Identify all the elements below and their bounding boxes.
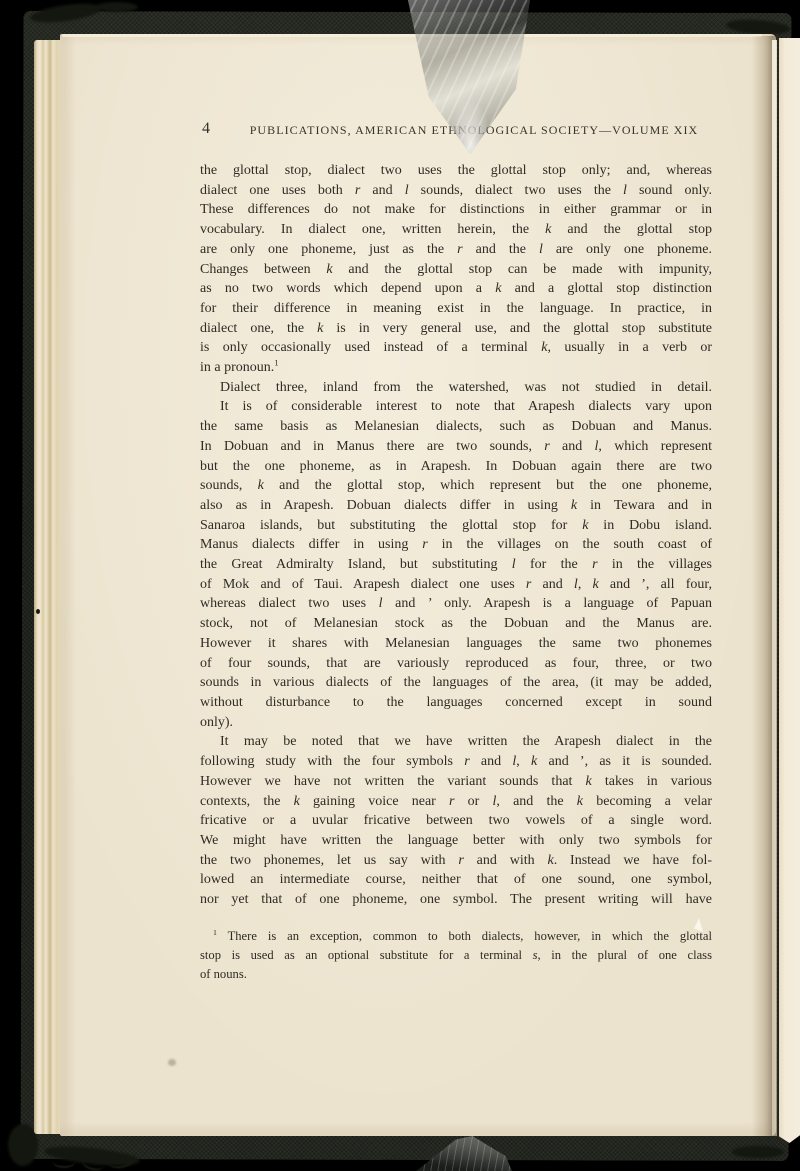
text-line: fricative or a uvular fricative between … — [200, 811, 712, 831]
text-line: of nouns. — [200, 965, 712, 984]
text-line: In Dobuan and in Manus there are two sou… — [200, 437, 712, 457]
paper-smudge — [168, 1059, 176, 1066]
fold-highlight — [772, 40, 777, 1136]
text-line: the Great Admiralty Island, but substitu… — [200, 555, 712, 575]
paragraph: It may be noted that we have written the… — [200, 732, 712, 909]
text-line: contexts, the k gaining voice near r or … — [200, 792, 712, 812]
text-line: dialect one uses both r and l sounds, di… — [200, 181, 712, 201]
text-line: following study with the four symbols r … — [200, 752, 712, 772]
text-line: whereas dialect two uses l and ’ only. A… — [200, 594, 712, 614]
text-line: without disturbance to the languages con… — [200, 693, 712, 713]
text-line: as no two words which depend upon a k an… — [200, 279, 712, 299]
paragraph: Dialect three, inland from the watershed… — [200, 378, 712, 398]
text-line: 1 There is an exception, common to both … — [200, 927, 712, 946]
text-line: However we have not written the variant … — [200, 772, 712, 792]
page-number: 4 — [202, 120, 210, 138]
text-line: the glottal stop, dialect two uses the g… — [200, 161, 712, 181]
cover-fray — [96, 2, 138, 12]
text-line: Manus dialects differ in using r in the … — [200, 535, 712, 555]
text-line: dialect one, the k is in very general us… — [200, 319, 712, 339]
text-line: also as in Arapesh. Dobuan dialects diff… — [200, 496, 712, 516]
text-line: nor yet that of one phoneme, one symbol.… — [200, 890, 712, 910]
paragraph: It is of considerable interest to note t… — [200, 397, 712, 732]
text-line: It may be noted that we have written the… — [200, 732, 712, 752]
text-line: the two phonemes, let us say with r and … — [200, 851, 712, 871]
text-line: for their difference in meaning exist in… — [200, 299, 712, 319]
cover-fray — [732, 1146, 784, 1158]
cover-thread — [52, 1154, 76, 1168]
text-line: These differences do not make for distin… — [200, 200, 712, 220]
facing-page-edge — [779, 38, 800, 1143]
text-line: However it shares with Melanesian langua… — [200, 634, 712, 654]
page-top-edge — [62, 34, 762, 37]
text-line: It is of considerable interest to note t… — [200, 397, 712, 417]
text-line: Changes between k and the glottal stop c… — [200, 260, 712, 280]
edge-speck — [36, 609, 40, 614]
text-line: the same basis as Melanesian dialects, s… — [200, 417, 712, 437]
footnote: 1 There is an exception, common to both … — [200, 927, 712, 984]
book-photo-scene: 4 PUBLICATIONS, AMERICAN ETHNOLOGICAL SO… — [0, 0, 800, 1171]
text-line: We might have written the language bette… — [200, 831, 712, 851]
text-line: Sanaroa islands, but substituting the gl… — [200, 516, 712, 536]
text-line: stop is used as an optional substitute f… — [200, 946, 712, 965]
text-line: is only occasionally used instead of a t… — [200, 338, 712, 358]
text-line: only). — [200, 713, 712, 733]
body-text: the glottal stop, dialect two uses the g… — [200, 161, 712, 910]
text-line: vocabulary. In dialect one, written here… — [200, 220, 712, 240]
text-line: stock, not of Melanesian stock as the Do… — [200, 614, 712, 634]
text-line: in a pronoun.1 — [200, 358, 712, 378]
paragraph: the glottal stop, dialect two uses the g… — [200, 161, 712, 378]
text-line: lowed an intermediate course, neither th… — [200, 870, 712, 890]
text-line: of four sounds, that are variously repro… — [200, 654, 712, 674]
text-line: sounds in various dialects of the langua… — [200, 673, 712, 693]
text-line: but the one phoneme, as in Arapesh. In D… — [200, 457, 712, 477]
text-line: are only one phoneme, just as the r and … — [200, 240, 712, 260]
text-line: Dialect three, inland from the watershed… — [200, 378, 712, 398]
text-line: of Mok and of Taui. Arapesh dialect one … — [200, 575, 712, 595]
text-line: sounds, k and the glottal stop, which re… — [200, 476, 712, 496]
